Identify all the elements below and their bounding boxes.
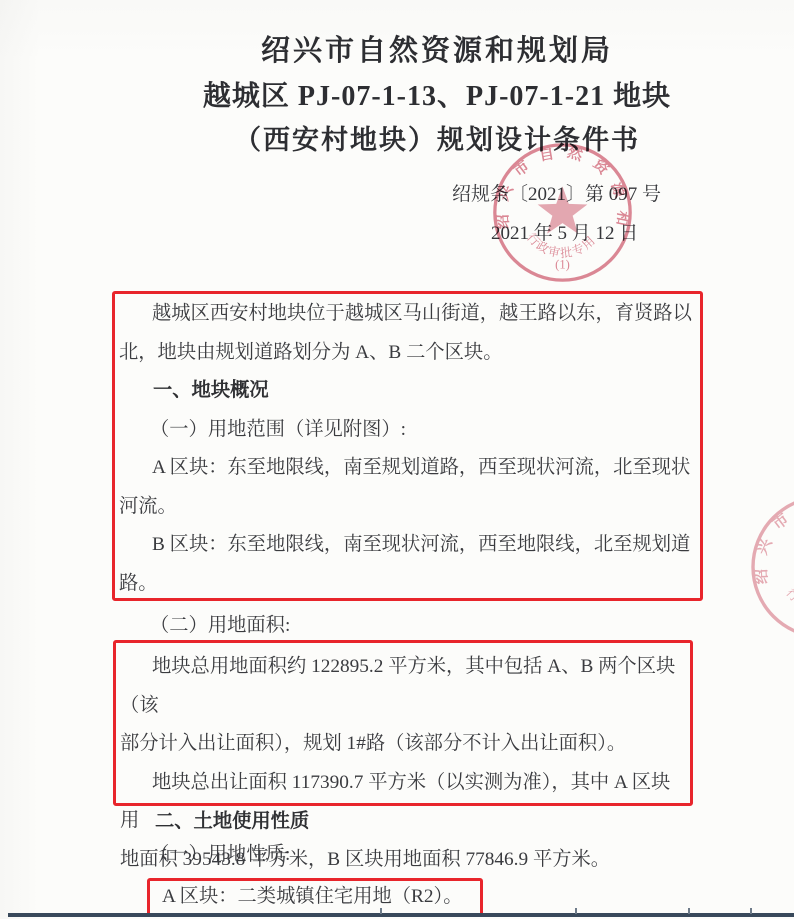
total-area-paragraph: 地块总用地面积约 122895.2 平方米，其中包括 A、B 两个区块（该 部分…	[120, 648, 682, 764]
title-block: 绍兴市自然资源和规划局 越城区 PJ-07-1-13、PJ-07-1-21 地块…	[80, 28, 794, 161]
parcel-a-scope: A 区块：东至地限线，南至规划道路，西至现状河流，北至现状 河流。	[119, 449, 692, 526]
official-seal-stamp: 绍兴市自然资源和规划局 行政审批专用章 (1)	[490, 140, 635, 290]
svg-text:绍兴市自然资源和规划局: 绍兴市自然资源和规划局	[748, 492, 794, 595]
seal-graphic: 绍兴市自然资源和规划局 行政审批专用章 (1)	[490, 140, 635, 285]
annotation-box-area: 地块总用地面积约 122895.2 平方米，其中包括 A、B 两个区块（该 部分…	[113, 640, 693, 806]
partial-seal-stamp: 绍兴市自然资源和规划局 行政审批专用章	[748, 492, 794, 647]
annotation-box-location-scope: 越城区西安村地块位于越城区马山街道，越王路以东，育贤路以 北，地块由规划道路划分…	[112, 291, 703, 601]
parcel-b-scope: B 区块：东至地限线，南至现状河流，西至地限线，北至规划道 路。	[119, 526, 692, 603]
table-column-tick	[750, 908, 752, 914]
section-1-heading: 一、地块概况	[119, 372, 692, 411]
intro-paragraph: 越城区西安村地块位于越城区马山街道，越王路以东，育贤路以 北，地块由规划道路划分…	[119, 295, 692, 372]
svg-text:行政审批专用章: 行政审批专用章	[748, 492, 794, 616]
seal-caption-text: 行政审批专用章	[748, 492, 794, 616]
agency-title: 绍兴市自然资源和规划局	[80, 28, 794, 75]
seal-border-circle	[495, 145, 630, 280]
table-column-tick	[575, 908, 577, 914]
parcel-a-use: A 区块：二类城镇住宅用地（R2）。	[162, 886, 462, 907]
doc-type-title: （西安村地块）规划设计条件书	[80, 119, 794, 161]
document-page: 绍兴市自然资源和规划局 越城区 PJ-07-1-13、PJ-07-1-21 地块…	[0, 0, 794, 919]
table-column-tick	[688, 908, 690, 914]
seal-index-text: (1)	[555, 258, 570, 272]
table-top-edge	[8, 913, 794, 917]
seal-border-circle	[753, 497, 794, 637]
partial-seal-graphic: 绍兴市自然资源和规划局 行政审批专用章	[748, 492, 794, 642]
table-column-tick	[380, 908, 382, 914]
doc-date: 2021 年 5 月 12 日	[491, 222, 638, 246]
doc-number: 绍规条〔2021〕第 097 号	[452, 183, 661, 207]
parcel-title: 越城区 PJ-07-1-13、PJ-07-1-21 地块	[80, 75, 794, 119]
annotation-box-land-use: A 区块：二类城镇住宅用地（R2）。	[147, 878, 483, 916]
land-scope-heading: （一）用地范围（详见附图）:	[119, 411, 692, 450]
seal-org-arc-text: 绍兴市自然资源和规划局	[748, 492, 794, 595]
land-use-heading: （一）用地性质:	[112, 836, 290, 875]
